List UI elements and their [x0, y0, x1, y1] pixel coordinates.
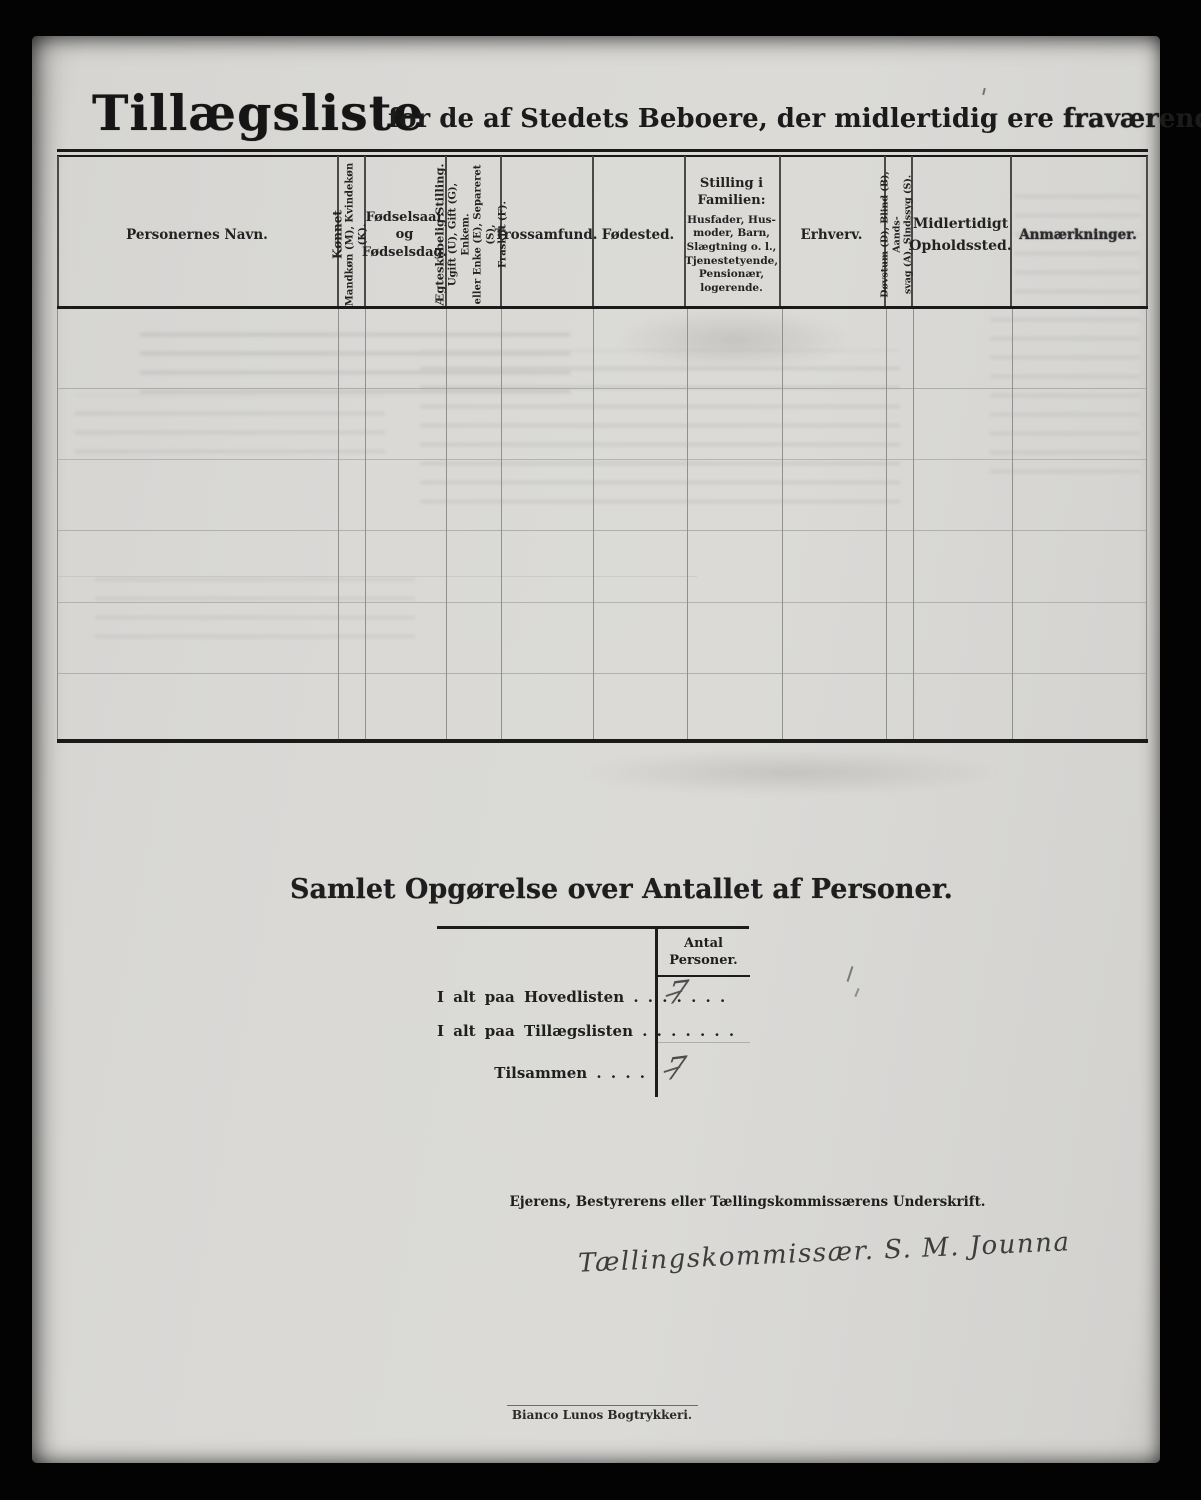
page-subtitle-emphasis: fraværende. [1063, 104, 1201, 134]
column-header-faith: Trossamfund. [500, 163, 592, 307]
grid-line [446, 309, 447, 740]
summary-sum-line [657, 1042, 750, 1043]
grid-line [365, 309, 366, 740]
grid-line [913, 309, 914, 740]
scanned-census-form: Tillægsliste for de af Stedets Beboere, … [0, 0, 1201, 1500]
summary-row-tilsammen-label: Tilsammen . . . . [494, 1064, 645, 1082]
table-bottom-rule [57, 739, 1148, 743]
column-header-temporary-residence: Midlertidigt Opholdssted. [911, 163, 1010, 307]
bleed-through [95, 575, 415, 645]
summary-top-rule [437, 926, 749, 929]
row-line [57, 388, 1146, 389]
grid-line [886, 309, 887, 740]
bleed-through [620, 310, 850, 370]
row-line [57, 576, 697, 577]
bleed-through [420, 350, 900, 510]
handwritten-count-hovedlisten: 7 [666, 977, 690, 1010]
page-subtitle: for de af Stedets Beboere, der midlertid… [388, 104, 1201, 134]
page-subtitle-regular: for de af Stedets Beboere, der midlertid… [388, 104, 1054, 134]
grid-line [338, 309, 339, 740]
row-line [57, 459, 1146, 460]
summary-row-tillaegslisten-label: I alt paa Tillægslisten . . . . . . . [437, 1022, 734, 1040]
summary-count-header: Antal Personer. [657, 936, 750, 970]
row-line [57, 602, 1146, 603]
summary-title: Samlet Opgørelse over Antallet af Person… [290, 874, 890, 905]
grid-line [593, 309, 594, 740]
grid-line [57, 309, 58, 740]
grid-line [1146, 309, 1147, 740]
column-header-family-position: Stilling i Familien: Husfader, Hus- mode… [684, 163, 779, 307]
column-header-occupation: Erhverv. [779, 163, 884, 307]
row-line [57, 530, 1146, 531]
column-header-marital-status: Ægteskabelig Stilling. Ugift (U), Gift (… [445, 162, 500, 308]
table-top-rule-thin [57, 155, 1148, 157]
signature-caption: Ejerens, Bestyrerens eller Tællingskommi… [460, 1194, 1035, 1210]
column-header-birthplace: Fødested. [592, 163, 684, 307]
grid-line [1146, 156, 1148, 307]
column-header-disability: Døvstum (D), Blind (B), Aands- svag (A),… [884, 162, 911, 308]
grid-line [687, 309, 688, 740]
grid-line [782, 309, 783, 740]
column-header-remarks: Anmærkninger. [1010, 163, 1146, 307]
printer-imprint: Bianco Lunos Bogtrykkeri. [452, 1408, 752, 1422]
bleed-through [580, 750, 1000, 795]
column-header-sex: Kønnet Mandkøn (M), Kvindekøn (K). [337, 162, 364, 308]
table-top-rule [57, 149, 1148, 152]
row-line [57, 673, 1146, 674]
grid-line [501, 309, 502, 740]
imprint-rule [507, 1405, 698, 1406]
column-header-name: Personernes Navn. [57, 163, 337, 307]
page-title: Tillægsliste [92, 84, 425, 142]
grid-line [1012, 309, 1013, 740]
handwritten-count-tilsammen: 7 [664, 1053, 688, 1086]
